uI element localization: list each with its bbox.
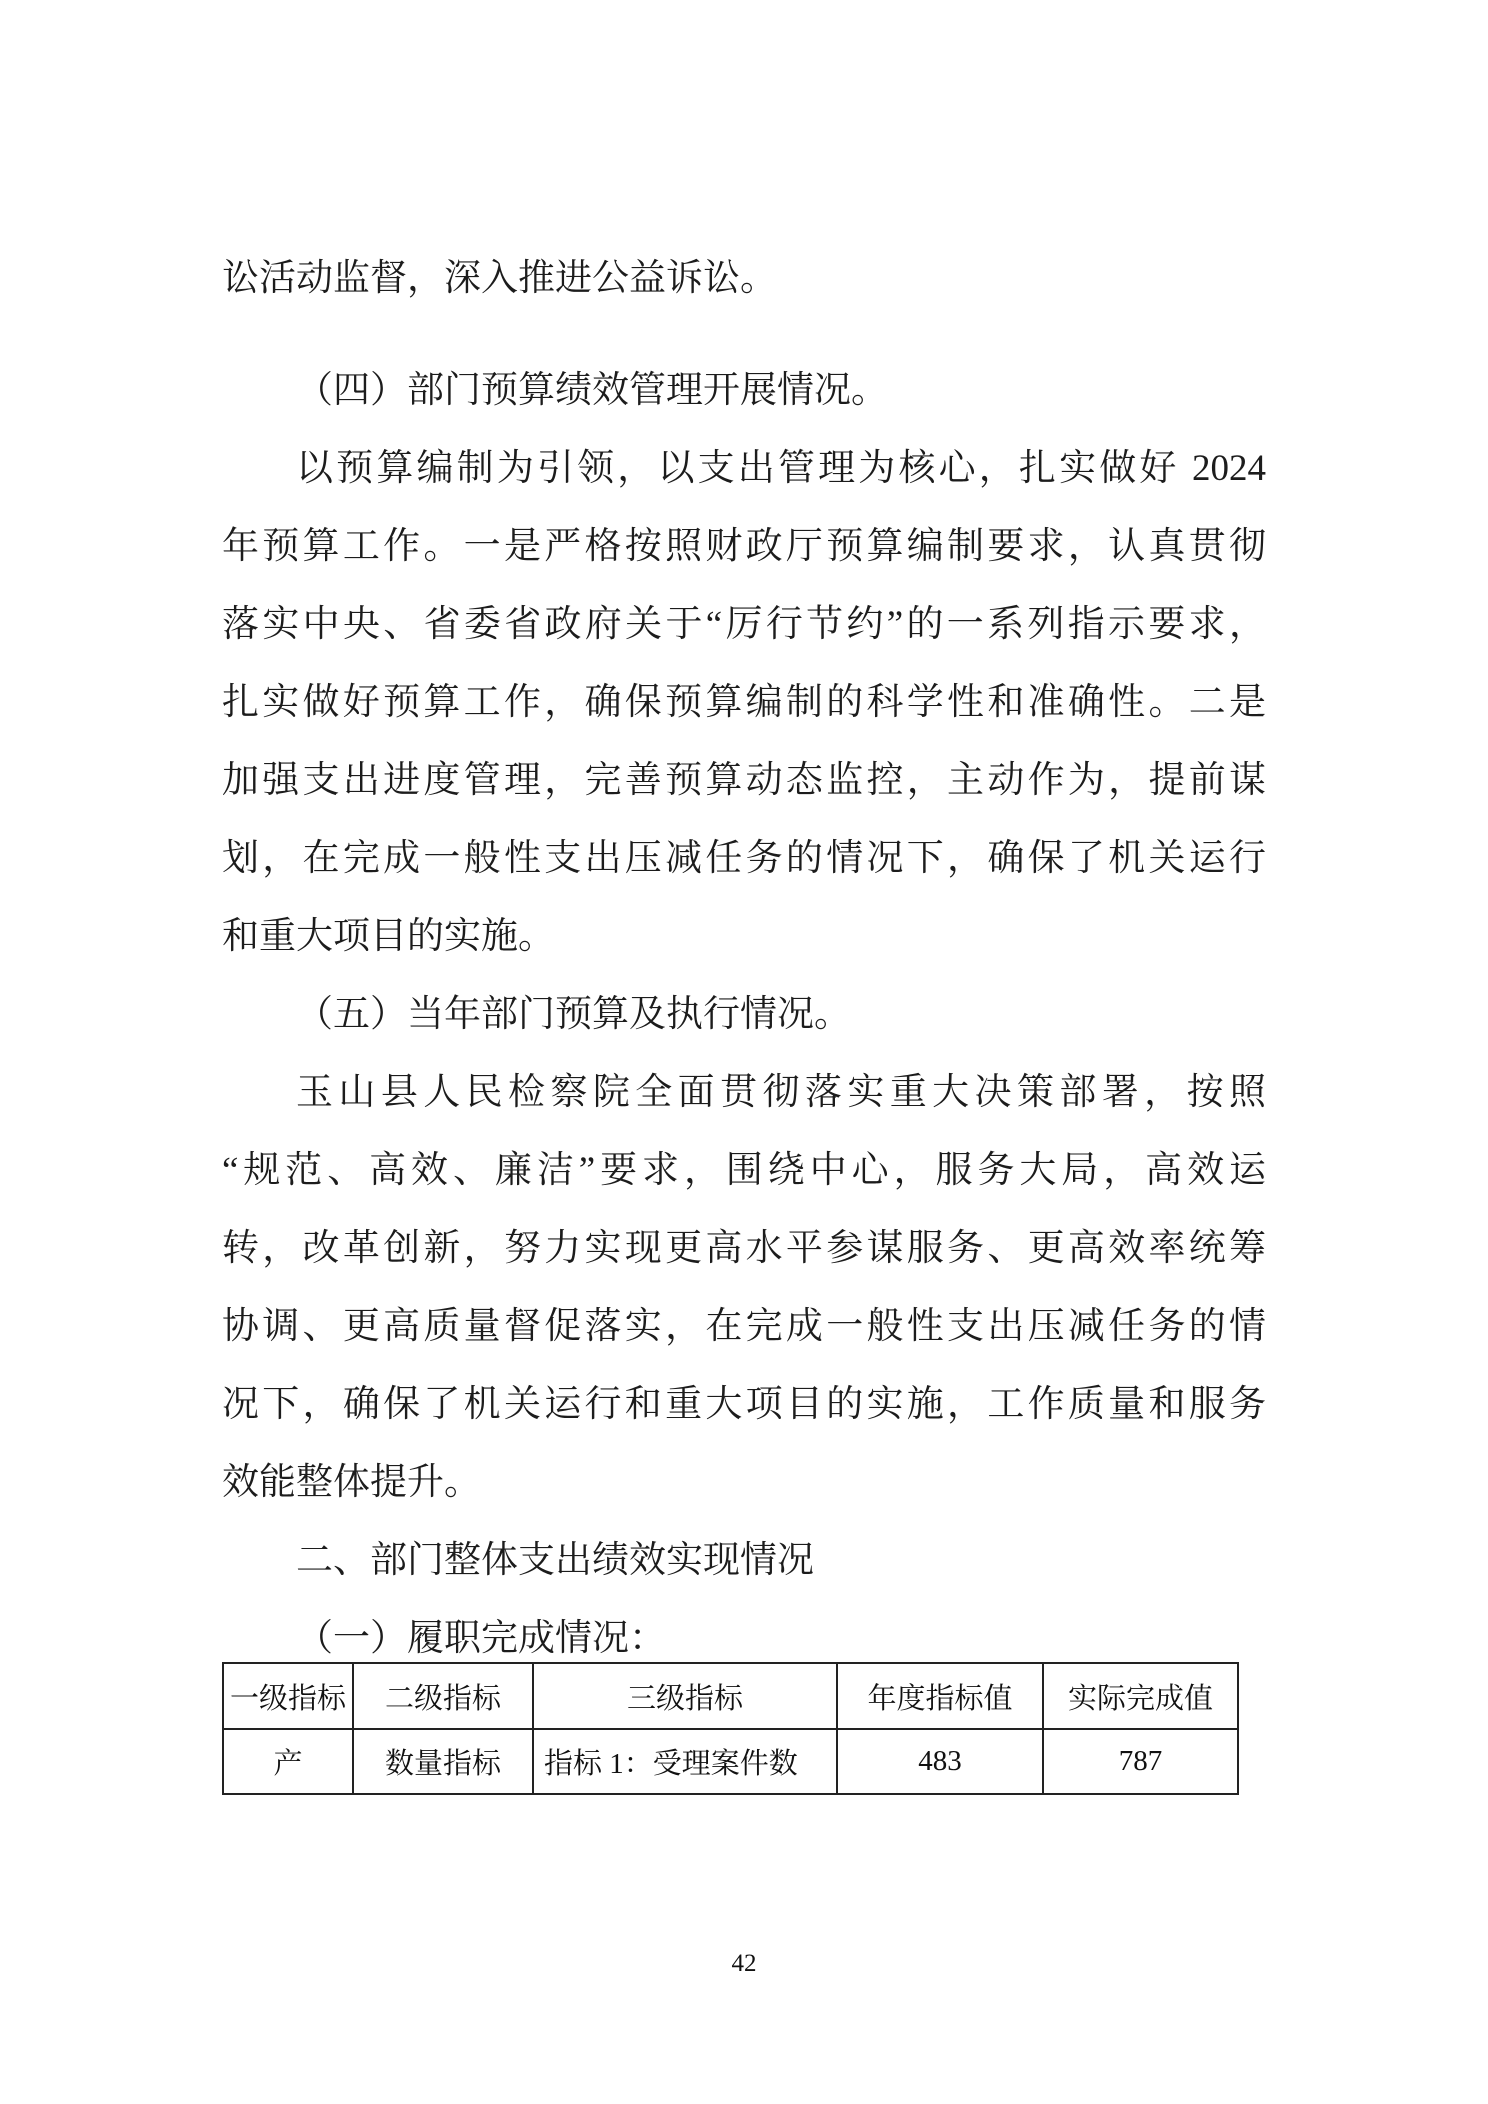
document-page: 讼活动监督，深入推进公益诉讼。 （四）部门预算绩效管理开展情况。 以预算编制为引… — [0, 0, 1488, 2104]
paragraph-line-continuation: 讼活动监督，深入推进公益诉讼。 — [222, 240, 1266, 318]
heading-section-four: （四）部门预算绩效管理开展情况。 — [222, 352, 1266, 430]
paragraph-line: 和重大项目的实施。 — [222, 898, 1266, 976]
paragraph-line: 玉山县人民检察院全面贯彻落实重大决策部署，按照 — [222, 1054, 1266, 1132]
performance-indicator-table: 一级指标 二级指标 三级指标 年度指标值 实际完成值 产 数量指标 指标 1：受… — [222, 1662, 1239, 1795]
paragraph-line: 划，在完成一般性支出压减任务的情况下，确保了机关运行 — [222, 820, 1266, 898]
table-cell-level1: 产 — [223, 1729, 353, 1794]
table-cell-level3: 指标 1：受理案件数 — [533, 1729, 837, 1794]
paragraph-line: 转，改革创新，努力实现更高水平参谋服务、更高效率统筹 — [222, 1210, 1266, 1288]
table-cell-actual-value: 787 — [1043, 1729, 1238, 1794]
table-cell-annual-target: 483 — [837, 1729, 1043, 1794]
paragraph-line: 况下，确保了机关运行和重大项目的实施，工作质量和服务 — [222, 1366, 1266, 1444]
table-cell-level2: 数量指标 — [353, 1729, 533, 1794]
table-header-cell-actual-value: 实际完成值 — [1043, 1663, 1238, 1729]
table-row: 产 数量指标 指标 1：受理案件数 483 787 — [223, 1729, 1238, 1794]
body-text: 讼活动监督，深入推进公益诉讼。 （四）部门预算绩效管理开展情况。 以预算编制为引… — [222, 240, 1266, 1678]
paragraph-line: 效能整体提升。 — [222, 1444, 1266, 1522]
table-header-cell-level2: 二级指标 — [353, 1663, 533, 1729]
paragraph-gap — [222, 318, 1266, 352]
paragraph-line: 落实中央、省委省政府关于“厉行节约”的一系列指示要求， — [222, 586, 1266, 664]
table-header-cell-annual-target: 年度指标值 — [837, 1663, 1043, 1729]
paragraph-line: 扎实做好预算工作，确保预算编制的科学性和准确性。二是 — [222, 664, 1266, 742]
table-header-cell-level1: 一级指标 — [223, 1663, 353, 1729]
heading-section-five: （五）当年部门预算及执行情况。 — [222, 976, 1266, 1054]
paragraph-line: 加强支出进度管理，完善预算动态监控，主动作为，提前谋 — [222, 742, 1266, 820]
table-header-cell-level3: 三级指标 — [533, 1663, 837, 1729]
paragraph-line: 协调、更高质量督促落实，在完成一般性支出压减任务的情 — [222, 1288, 1266, 1366]
paragraph-line: 以预算编制为引领，以支出管理为核心，扎实做好 2024 — [222, 430, 1266, 508]
heading-part-two: 二、部门整体支出绩效实现情况 — [222, 1522, 1266, 1600]
table-header-row: 一级指标 二级指标 三级指标 年度指标值 实际完成值 — [223, 1663, 1238, 1729]
paragraph-line: “规范、高效、廉洁”要求，围绕中心，服务大局，高效运 — [222, 1132, 1266, 1210]
page-number: 42 — [0, 1950, 1488, 1978]
paragraph-line: 年预算工作。一是严格按照财政厅预算编制要求，认真贯彻 — [222, 508, 1266, 586]
